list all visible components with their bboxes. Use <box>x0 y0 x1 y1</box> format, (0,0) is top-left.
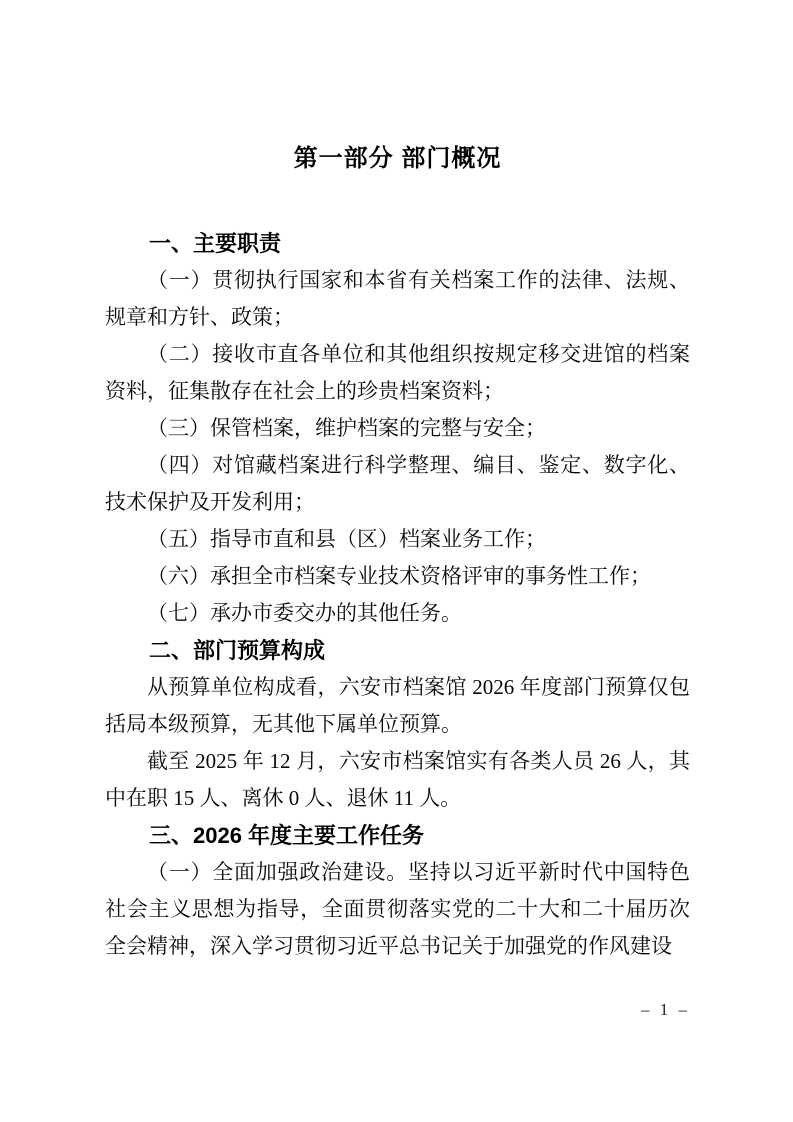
page-number: – 1 – <box>641 1000 690 1019</box>
staffing-paragraph: 截至 2025 年 12 月，六安市档案馆实有各类人员 26 人，其中在职 15… <box>105 743 690 817</box>
section-heading-main-duties: 一、主要职责 <box>105 225 690 262</box>
duty-item: （一）贯彻执行国家和本省有关档案工作的法律、法规、规章和方针、政策； <box>105 262 690 336</box>
document-page: 第一部分 部门概况 一、主要职责 （一）贯彻执行国家和本省有关档案工作的法律、法… <box>0 0 793 1122</box>
duty-item: （四）对馆藏档案进行科学整理、编目、鉴定、数字化、技术保护及开发利用； <box>105 447 690 521</box>
work-task-paragraph: （一）全面加强政治建设。坚持以习近平新时代中国特色社会主义思想为指导，全面贯彻落… <box>105 854 690 965</box>
duty-item: （五）指导市直和县（区）档案业务工作； <box>105 521 690 558</box>
duty-item: （六）承担全市档案专业技术资格评审的事务性工作； <box>105 558 690 595</box>
section-heading-work-tasks: 三、2026 年度主要工作任务 <box>105 817 690 854</box>
section-heading-budget-composition: 二、部门预算构成 <box>105 632 690 669</box>
document-title: 第一部分 部门概况 <box>105 144 690 174</box>
duty-item: （二）接收市直各单位和其他组织按规定移交进馆的档案资料，征集散存在社会上的珍贵档… <box>105 336 690 410</box>
budget-paragraph: 从预算单位构成看，六安市档案馆 2026 年度部门预算仅包括局本级预算，无其他下… <box>105 669 690 743</box>
duty-item: （三）保管档案，维护档案的完整与安全； <box>105 410 690 447</box>
duty-item: （七）承办市委交办的其他任务。 <box>105 595 690 632</box>
